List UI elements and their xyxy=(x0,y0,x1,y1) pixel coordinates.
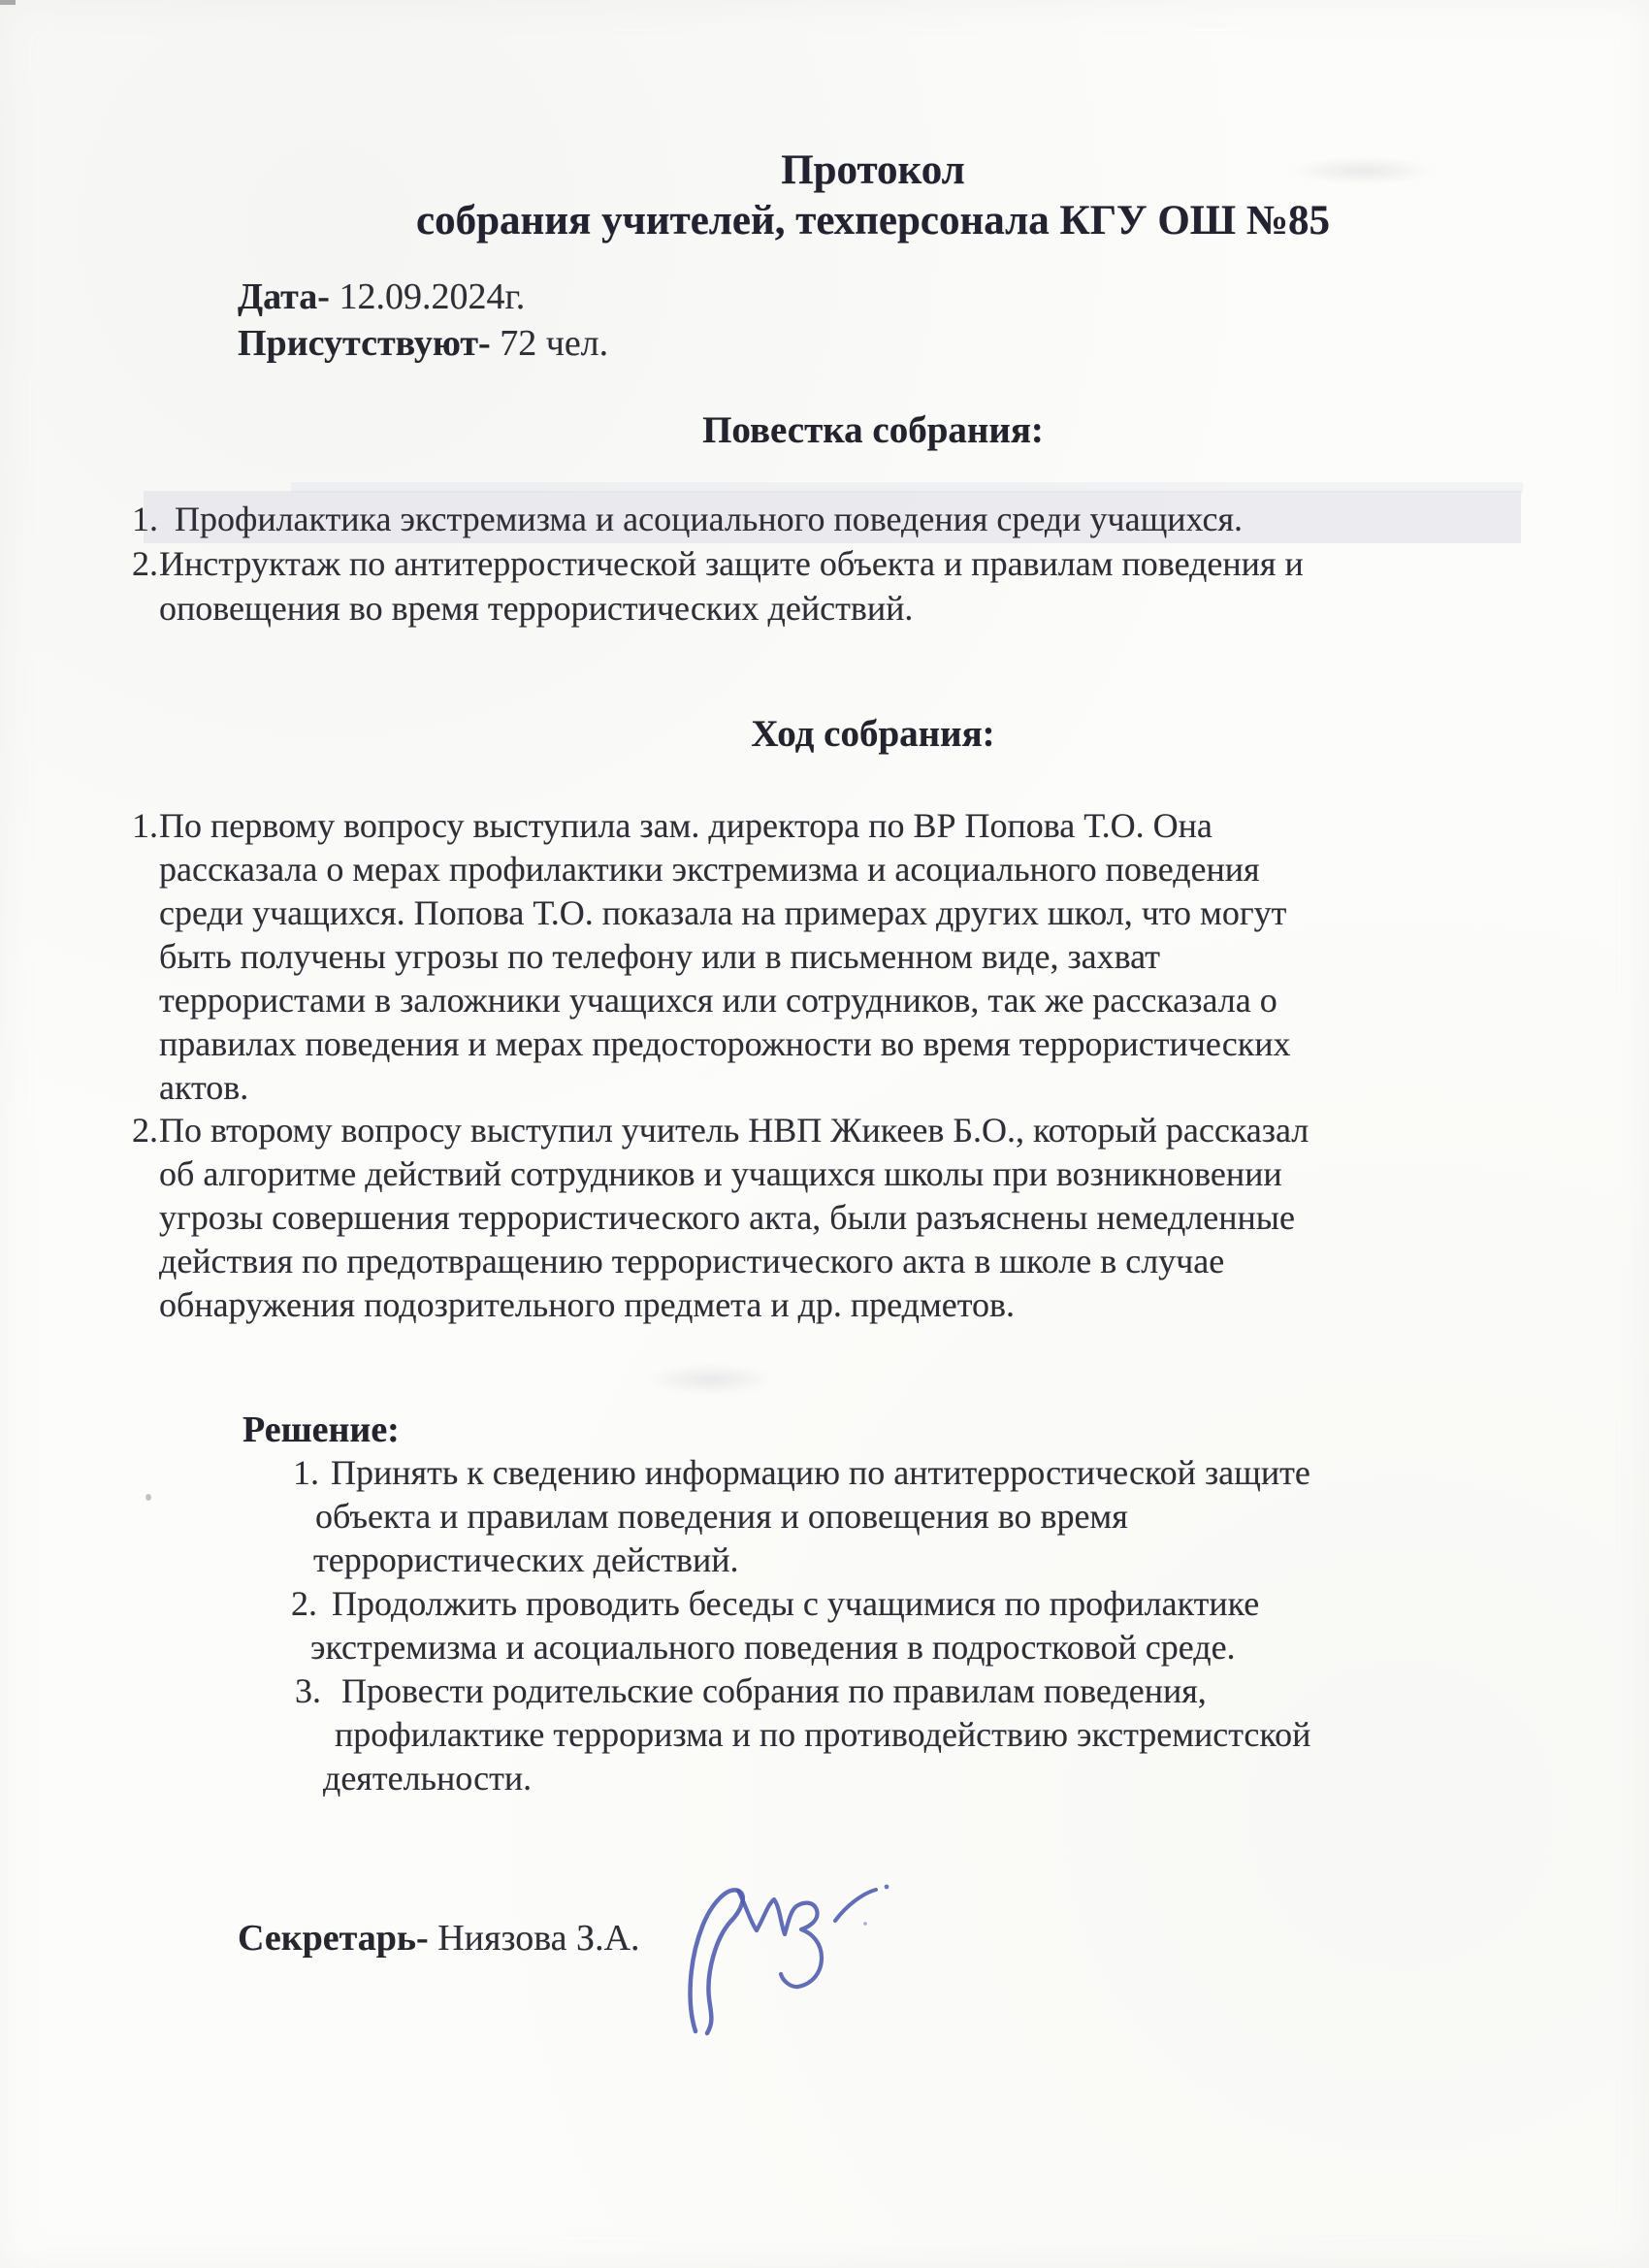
date-value: 12.09.2024г. xyxy=(330,276,525,317)
list-text: Продолжить проводить беседы с учащимися … xyxy=(332,1584,1259,1623)
list-text: Профилактика экстремизма и асоциального … xyxy=(175,500,1243,538)
course-item-1: 1.По первому вопросу выступила зам. дире… xyxy=(132,805,1212,847)
course-item-1-cont: рассказала о мерах профилактики экстреми… xyxy=(159,849,1260,891)
course-heading: Ход собрания: xyxy=(58,712,1649,758)
list-number: 3. xyxy=(295,1670,341,1712)
agenda-item-1: 1.Профилактика экстремизма и асоциальног… xyxy=(132,499,1243,540)
decision-heading: Решение: xyxy=(242,1409,400,1453)
decision-item-1-cont: террористических действий. xyxy=(313,1539,738,1581)
list-text: угрозы совершения террористического акта… xyxy=(159,1198,1295,1237)
course-item-1-cont: среди учащихся. Попова Т.О. показала на … xyxy=(159,892,1286,934)
list-number: 2. xyxy=(291,1583,332,1625)
list-text: оповещения во время террористических дей… xyxy=(159,589,913,628)
list-text: рассказала о мерах профилактики экстреми… xyxy=(159,850,1260,889)
list-text: быть получены угрозы по телефону или в п… xyxy=(159,937,1160,976)
course-item-2-cont: угрозы совершения террористического акта… xyxy=(159,1197,1295,1239)
list-text: правилах поведения и мерах предосторожно… xyxy=(159,1024,1290,1063)
decision-item-3-cont: деятельности. xyxy=(323,1758,532,1799)
decision-item-2-cont: экстремизма и асоциального поведения в п… xyxy=(310,1627,1236,1669)
decision-item-3-cont: профилактике терроризма и по противодейс… xyxy=(335,1714,1310,1756)
list-text: Инструктаж по антитерростической защите … xyxy=(159,544,1304,583)
scan-edge-artifact xyxy=(0,0,16,5)
course-item-2-cont: об алгоритме действий сотрудников и учащ… xyxy=(159,1153,1282,1195)
list-text: актов. xyxy=(159,1068,248,1107)
list-text: объекта и правилам поведения и оповещени… xyxy=(315,1497,1128,1536)
list-number: 1. xyxy=(293,1452,331,1494)
decision-item-3: 3.Провести родительские собрания по прав… xyxy=(295,1670,1207,1712)
doc-title-line2: собрания учителей, техперсонала КГУ ОШ №… xyxy=(58,196,1649,246)
course-item-1-cont: террористами в заложники учащихся или со… xyxy=(159,980,1277,1021)
secretary-line: Секретарь- Ниязова З.А. xyxy=(238,1917,640,1961)
decision-item-2: 2.Продолжить проводить беседы с учащимис… xyxy=(291,1583,1259,1625)
handwritten-signature-ink xyxy=(674,1878,907,2043)
course-item-2-cont: действия по предотвращению террористичес… xyxy=(159,1241,1224,1282)
attendees-value: 72 чел. xyxy=(491,323,608,364)
list-text: Провести родительские собрания по правил… xyxy=(341,1671,1207,1710)
list-number: 2. xyxy=(132,1110,159,1151)
attendees-line: Присутствуют- 72 чел. xyxy=(238,322,608,367)
attendees-label: Присутствуют- xyxy=(238,323,491,364)
decision-item-1: 1.Принять к сведению информацию по антит… xyxy=(293,1452,1310,1494)
list-text: обнаружения подозрительного предмета и д… xyxy=(159,1285,1015,1324)
list-text: об алгоритме действий сотрудников и учащ… xyxy=(159,1154,1282,1193)
course-item-1-cont: быть получены угрозы по телефону или в п… xyxy=(159,936,1160,978)
secretary-value: Ниязова З.А. xyxy=(429,1918,640,1959)
list-text: профилактике терроризма и по противодейс… xyxy=(335,1715,1310,1754)
list-text: Принять к сведению информацию по антитер… xyxy=(331,1453,1310,1492)
list-number: 1. xyxy=(132,805,159,847)
list-text: По первому вопросу выступила зам. директ… xyxy=(159,806,1212,845)
agenda-item-2-cont: оповещения во время террористических дей… xyxy=(159,588,913,630)
list-text: экстремизма и асоциального поведения в п… xyxy=(310,1628,1236,1667)
date-label: Дата- xyxy=(238,276,330,317)
scan-smudge xyxy=(645,1364,776,1395)
scanned-protocol-page: Протокол собрания учителей, техперсонала… xyxy=(0,0,1649,2268)
course-item-2: 2.По второму вопросу выступил учитель НВ… xyxy=(132,1110,1309,1151)
agenda-item-2: 2.Инструктаж по антитерростической защит… xyxy=(132,543,1304,585)
list-number: 2. xyxy=(132,543,159,585)
list-text: действия по предотвращению террористичес… xyxy=(159,1242,1224,1280)
secretary-label: Секретарь- xyxy=(238,1918,429,1959)
course-item-1-cont: актов. xyxy=(159,1067,248,1109)
list-text: По второму вопросу выступил учитель НВП … xyxy=(159,1111,1309,1150)
list-text: террористических действий. xyxy=(313,1540,738,1579)
decision-item-1-cont: объекта и правилам поведения и оповещени… xyxy=(315,1496,1128,1538)
course-item-1-cont: правилах поведения и мерах предосторожно… xyxy=(159,1023,1290,1065)
doc-title-line1: Протокол xyxy=(58,146,1649,196)
scan-speck xyxy=(145,1494,151,1501)
list-number: 1. xyxy=(132,499,175,540)
course-item-2-cont: обнаружения подозрительного предмета и д… xyxy=(159,1284,1015,1326)
list-text: деятельности. xyxy=(323,1759,532,1798)
list-text: террористами в заложники учащихся или со… xyxy=(159,981,1277,1020)
date-line: Дата- 12.09.2024г. xyxy=(238,275,525,320)
agenda-heading: Повестка собрания: xyxy=(58,408,1649,454)
list-text: среди учащихся. Попова Т.О. показала на … xyxy=(159,893,1286,932)
